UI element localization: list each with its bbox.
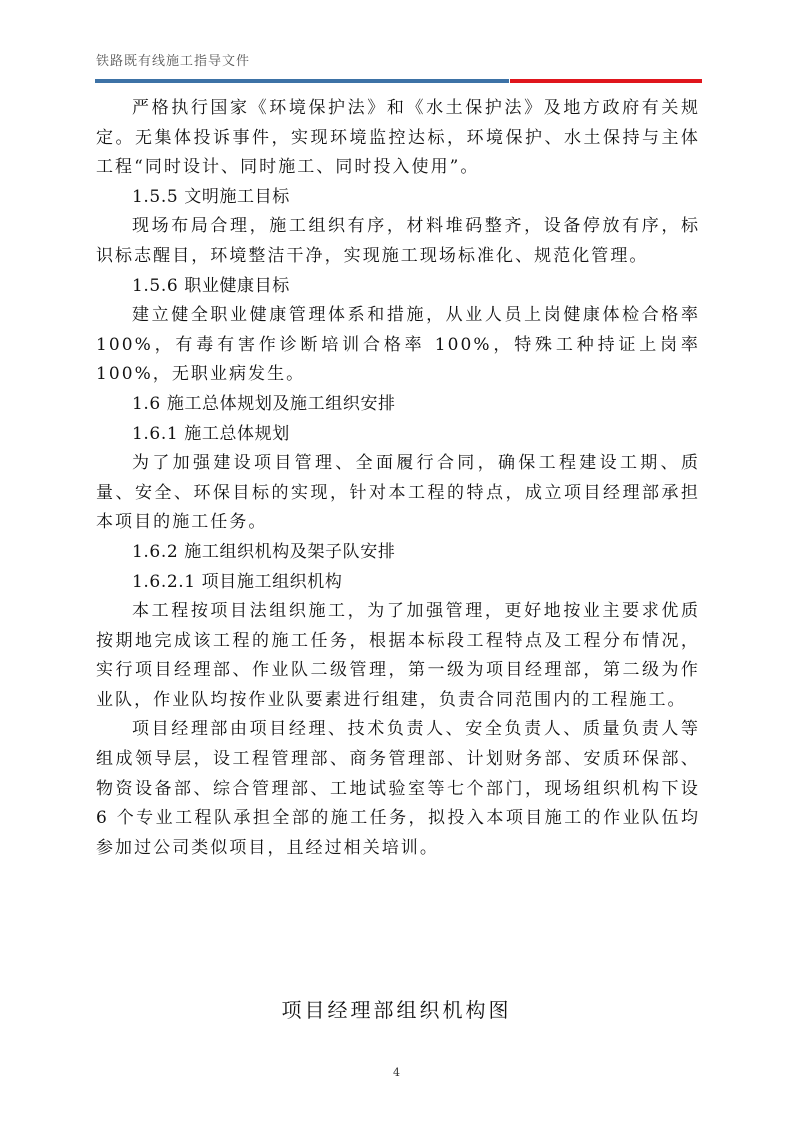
paragraph-project-organization: 本工程按项目法组织施工，为了加强管理，更好地按业主要求优质按期地完成该工程的施工… xyxy=(96,597,700,715)
page-number: 4 xyxy=(0,1066,793,1079)
paragraph-civilized-construction: 现场布局合理，施工组织有序，材料堆码整齐，设备停放有序，标识标志醒目，环境整洁干… xyxy=(96,212,700,271)
paragraph-occupational-health: 建立健全职业健康管理体系和措施，从业人员上岗健康体检合格率100%，有毒有害作诊… xyxy=(96,301,700,390)
figure-title: 项目经理部组织机构图 xyxy=(0,994,793,1023)
heading-1-5-5: 1.5.5 文明施工目标 xyxy=(96,183,700,213)
paragraph-project-department: 项目经理部由项目经理、技术负责人、安全负责人、质量负责人等组成领导层，设工程管理… xyxy=(96,715,700,863)
heading-1-6-1: 1.6.1 施工总体规划 xyxy=(96,420,700,450)
header-rule-red xyxy=(510,79,702,83)
heading-1-6-2: 1.6.2 施工组织机构及架子队安排 xyxy=(96,538,700,568)
document-body: 严格执行国家《环境保护法》和《水土保护法》及地方政府有关规定。无集体投诉事件，实… xyxy=(96,94,700,863)
paragraph-environment: 严格执行国家《环境保护法》和《水土保护法》及地方政府有关规定。无集体投诉事件，实… xyxy=(96,94,700,183)
heading-1-6-2-1: 1.6.2.1 项目施工组织机构 xyxy=(96,568,700,598)
heading-1-5-6: 1.5.6 职业健康目标 xyxy=(96,272,700,302)
paragraph-overall-planning: 为了加强建设项目管理、全面履行合同，确保工程建设工期、质量、安全、环保目标的实现… xyxy=(96,449,700,538)
header-rule-blue xyxy=(95,79,509,83)
header-title: 铁路既有线施工指导文件 xyxy=(96,50,250,69)
heading-1-6: 1.6 施工总体规划及施工组织安排 xyxy=(96,390,700,420)
